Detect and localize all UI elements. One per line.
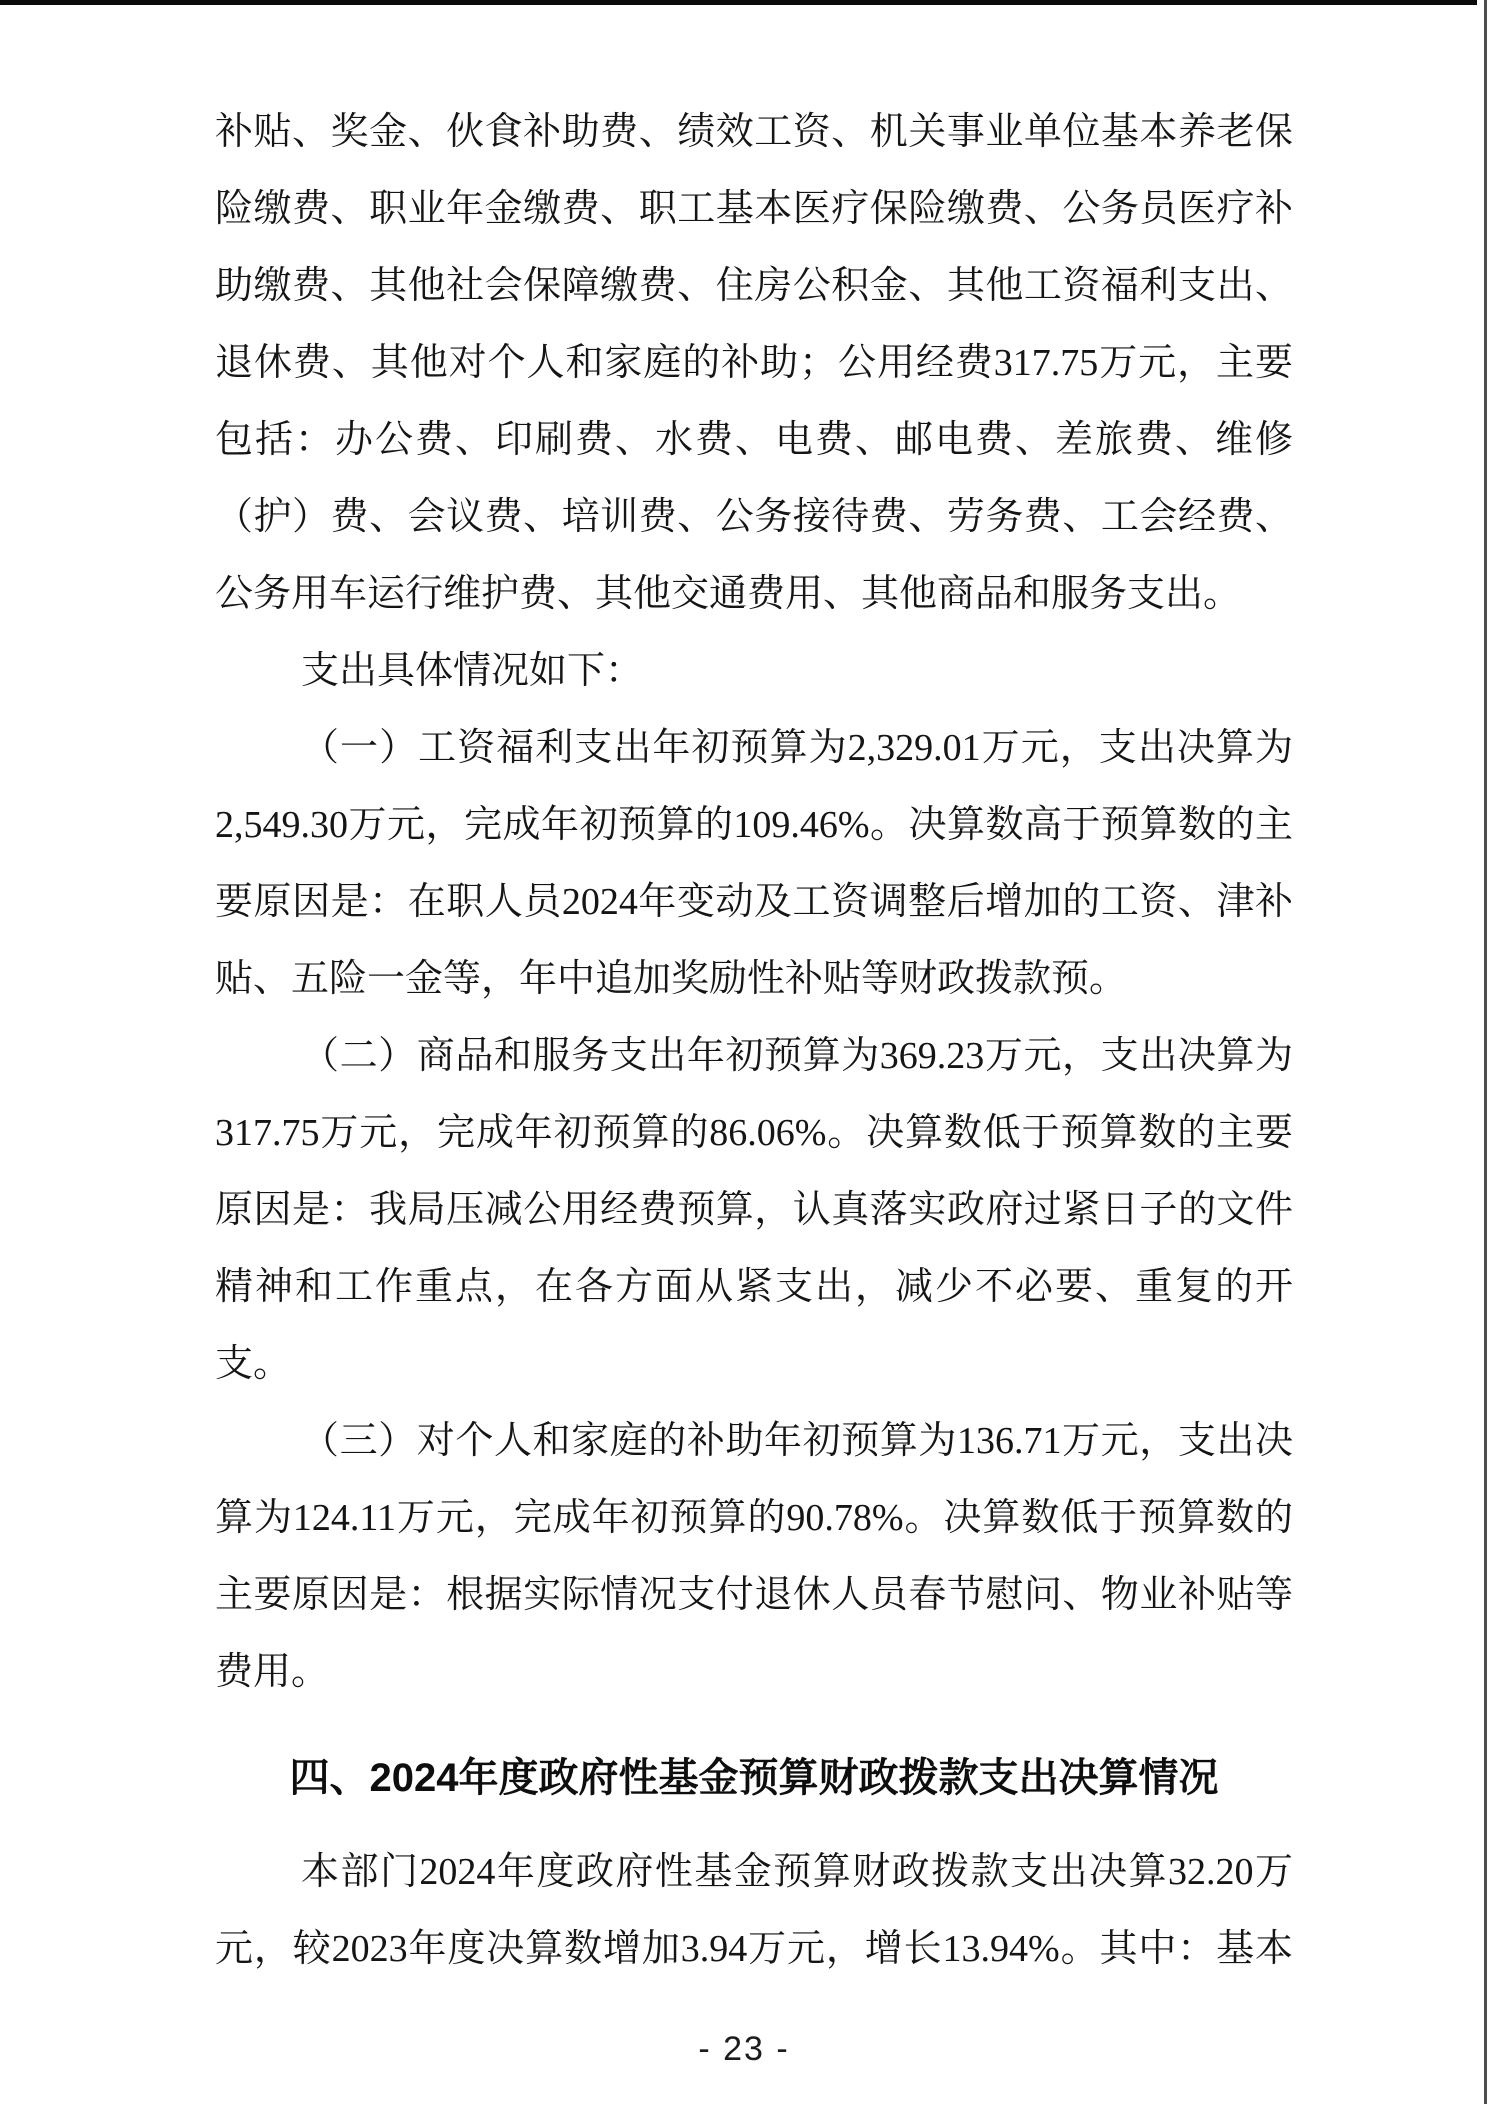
section-heading: 四、2024年度政府性基金预算财政拨款支出决算情况 xyxy=(215,1740,1293,1817)
body-line: 主要原因是：根据实际情况支付退休人员春节慰问、物业补贴等 xyxy=(215,1557,1293,1634)
document-body: 补贴、奖金、伙食补助费、绩效工资、机关事业单位基本养老保 险缴费、职业年金缴费、… xyxy=(215,94,1293,1988)
body-line: 本部门2024年度政府性基金预算财政拨款支出决算32.20万 xyxy=(215,1834,1293,1911)
body-line: （三）对个人和家庭的补助年初预算为136.71万元，支出决 xyxy=(215,1403,1293,1480)
document-page: 补贴、奖金、伙食补助费、绩效工资、机关事业单位基本养老保 险缴费、职业年金缴费、… xyxy=(0,0,1488,2104)
body-line: 险缴费、职业年金缴费、职工基本医疗保险缴费、公务员医疗补 xyxy=(215,171,1293,248)
body-line: 退休费、其他对个人和家庭的补助；公用经费317.75万元，主要 xyxy=(215,325,1293,402)
body-line: 2,549.30万元，完成年初预算的109.46%。决算数高于预算数的主 xyxy=(215,787,1293,864)
scan-artifact-top-edge xyxy=(0,0,1477,5)
body-line: 317.75万元，完成年初预算的86.06%。决算数低于预算数的主要 xyxy=(215,1095,1293,1172)
body-line: 补贴、奖金、伙食补助费、绩效工资、机关事业单位基本养老保 xyxy=(215,94,1293,171)
body-line: 原因是：我局压减公用经费预算，认真落实政府过紧日子的文件 xyxy=(215,1172,1293,1249)
body-line: 算为124.11万元，完成年初预算的90.78%。决算数低于预算数的 xyxy=(215,1480,1293,1557)
body-line: 精神和工作重点，在各方面从紧支出，减少不必要、重复的开 xyxy=(215,1249,1293,1326)
body-line: 包括：办公费、印刷费、水费、电费、邮电费、差旅费、维修 xyxy=(215,402,1293,479)
scan-artifact-right-edge xyxy=(1484,0,1487,2104)
body-line: （二）商品和服务支出年初预算为369.23万元，支出决算为 xyxy=(215,1018,1293,1095)
body-line: （一）工资福利支出年初预算为2,329.01万元，支出决算为 xyxy=(215,710,1293,787)
body-line: 费用。 xyxy=(215,1634,1293,1711)
body-line: 要原因是：在职人员2024年变动及工资调整后增加的工资、津补 xyxy=(215,864,1293,941)
body-line: 贴、五险一金等，年中追加奖励性补贴等财政拨款预。 xyxy=(215,941,1293,1018)
body-line: 支。 xyxy=(215,1326,1293,1403)
page-number: - 23 - xyxy=(0,2030,1488,2069)
body-line: 公务用车运行维护费、其他交通费用、其他商品和服务支出。 xyxy=(215,556,1293,633)
body-line: 元，较2023年度决算数增加3.94万元，增长13.94%。其中：基本 xyxy=(215,1911,1293,1988)
body-line: 支出具体情况如下： xyxy=(215,633,1293,710)
body-line: （护）费、会议费、培训费、公务接待费、劳务费、工会经费、 xyxy=(215,479,1293,556)
body-line: 助缴费、其他社会保障缴费、住房公积金、其他工资福利支出、 xyxy=(215,248,1293,325)
